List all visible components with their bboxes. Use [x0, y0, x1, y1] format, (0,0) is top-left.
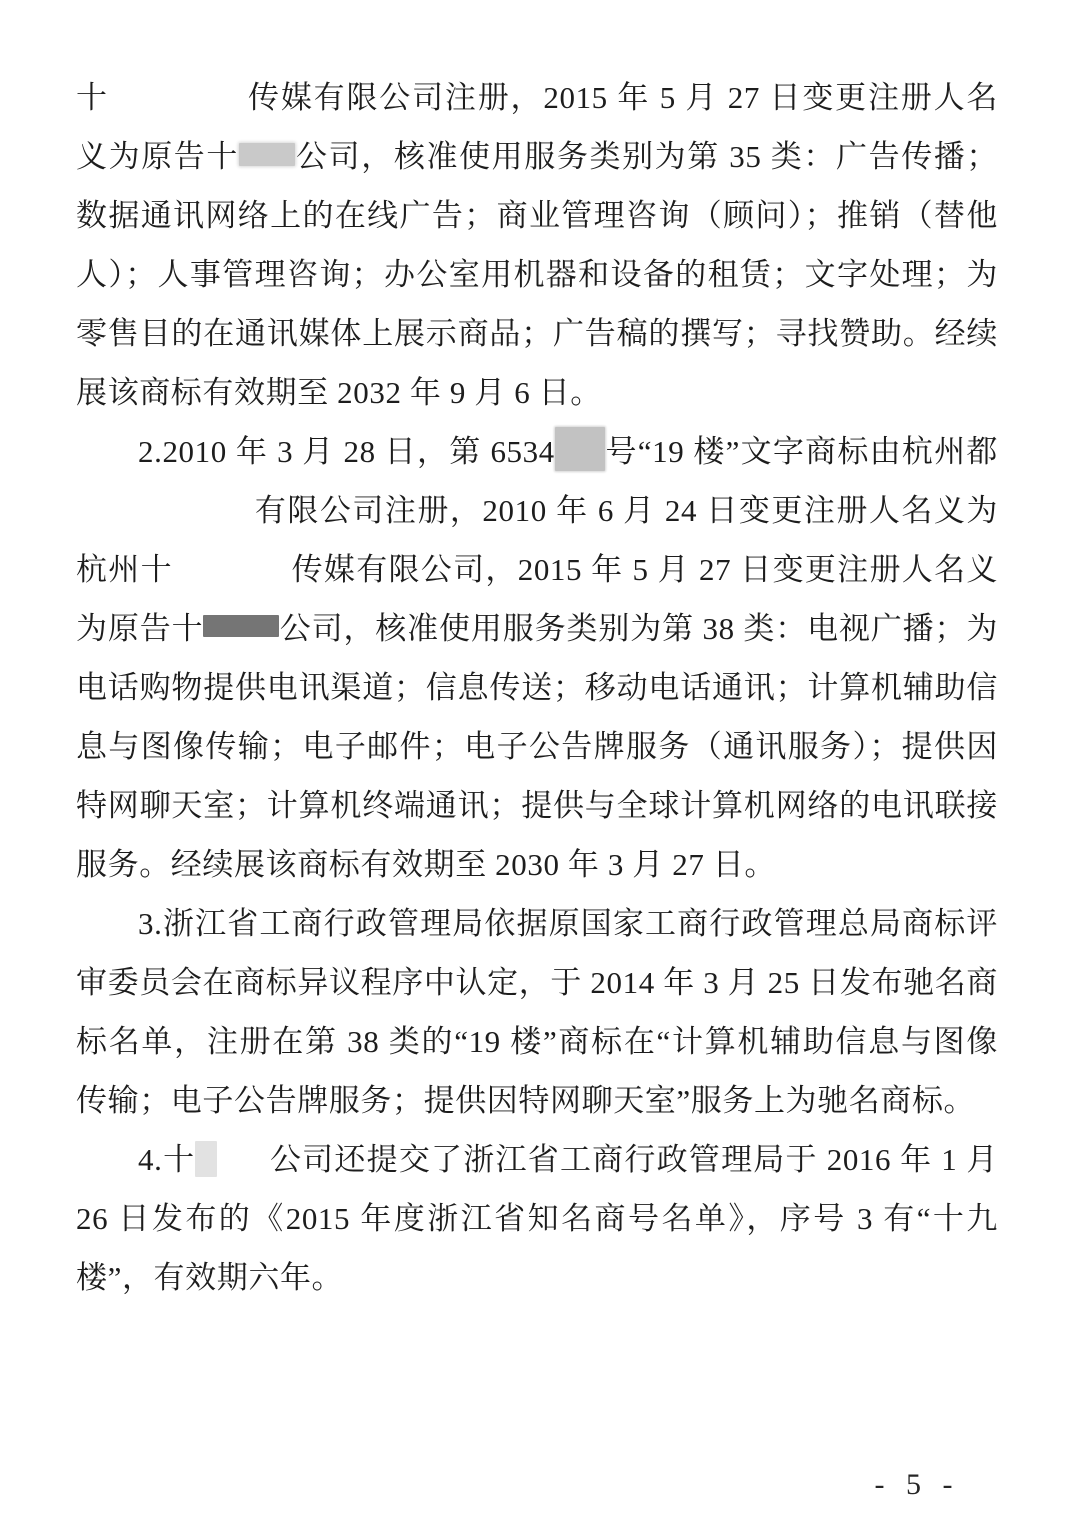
redaction-box-3: [203, 615, 279, 637]
redacted-gap-1: [109, 106, 247, 108]
redaction-box-4: [195, 1141, 217, 1177]
paragraph-3-text-a: 3.浙江省工商行政管理局依据原国家工商行政管理总局商标评审委员会在商标异议程序中…: [76, 906, 998, 1118]
document-page: 十传媒有限公司注册，2015 年 5 月 27 日变更注册人名义为原告十公司，核…: [0, 0, 1074, 1520]
paragraph-4: 4.十公司还提交了浙江省工商行政管理局于 2016 年 1 月 26 日发布的《…: [76, 1130, 998, 1307]
paragraph-4-text-a: 4.十: [138, 1142, 195, 1177]
paragraph-2-text-e: 公司，核准使用服务类别为第 38 类：电视广播；为电话购物提供电讯渠道；信息传送…: [76, 611, 998, 882]
redacted-gap-4: [217, 1168, 269, 1170]
redaction-box-1: [239, 143, 295, 166]
paragraph-1: 十传媒有限公司注册，2015 年 5 月 27 日变更注册人名义为原告十公司，核…: [76, 68, 998, 422]
paragraph-2: 2.2010 年 3 月 28 日，第 6534号“19 楼”文字商标由杭州都有…: [76, 422, 998, 894]
page-number: - 5 -: [852, 1468, 982, 1502]
paragraph-1-text-a: 十: [76, 80, 109, 115]
document-body: 十传媒有限公司注册，2015 年 5 月 27 日变更注册人名义为原告十公司，核…: [76, 68, 998, 1307]
redaction-box-2: [555, 427, 605, 471]
paragraph-1-text-c: 公司，核准使用服务类别为第 35 类：广告传播；数据通讯网络上的在线广告；商业管…: [76, 139, 998, 410]
paragraph-2-text-b: 号“19 楼”文字商标由杭州都: [605, 434, 998, 469]
paragraph-3: 3.浙江省工商行政管理局依据原国家工商行政管理总局商标评审委员会在商标异议程序中…: [76, 894, 998, 1130]
paragraph-2-text-a: 2.2010 年 3 月 28 日，第 6534: [138, 434, 555, 469]
redacted-gap-2: [76, 519, 254, 521]
redacted-gap-3: [173, 578, 291, 580]
